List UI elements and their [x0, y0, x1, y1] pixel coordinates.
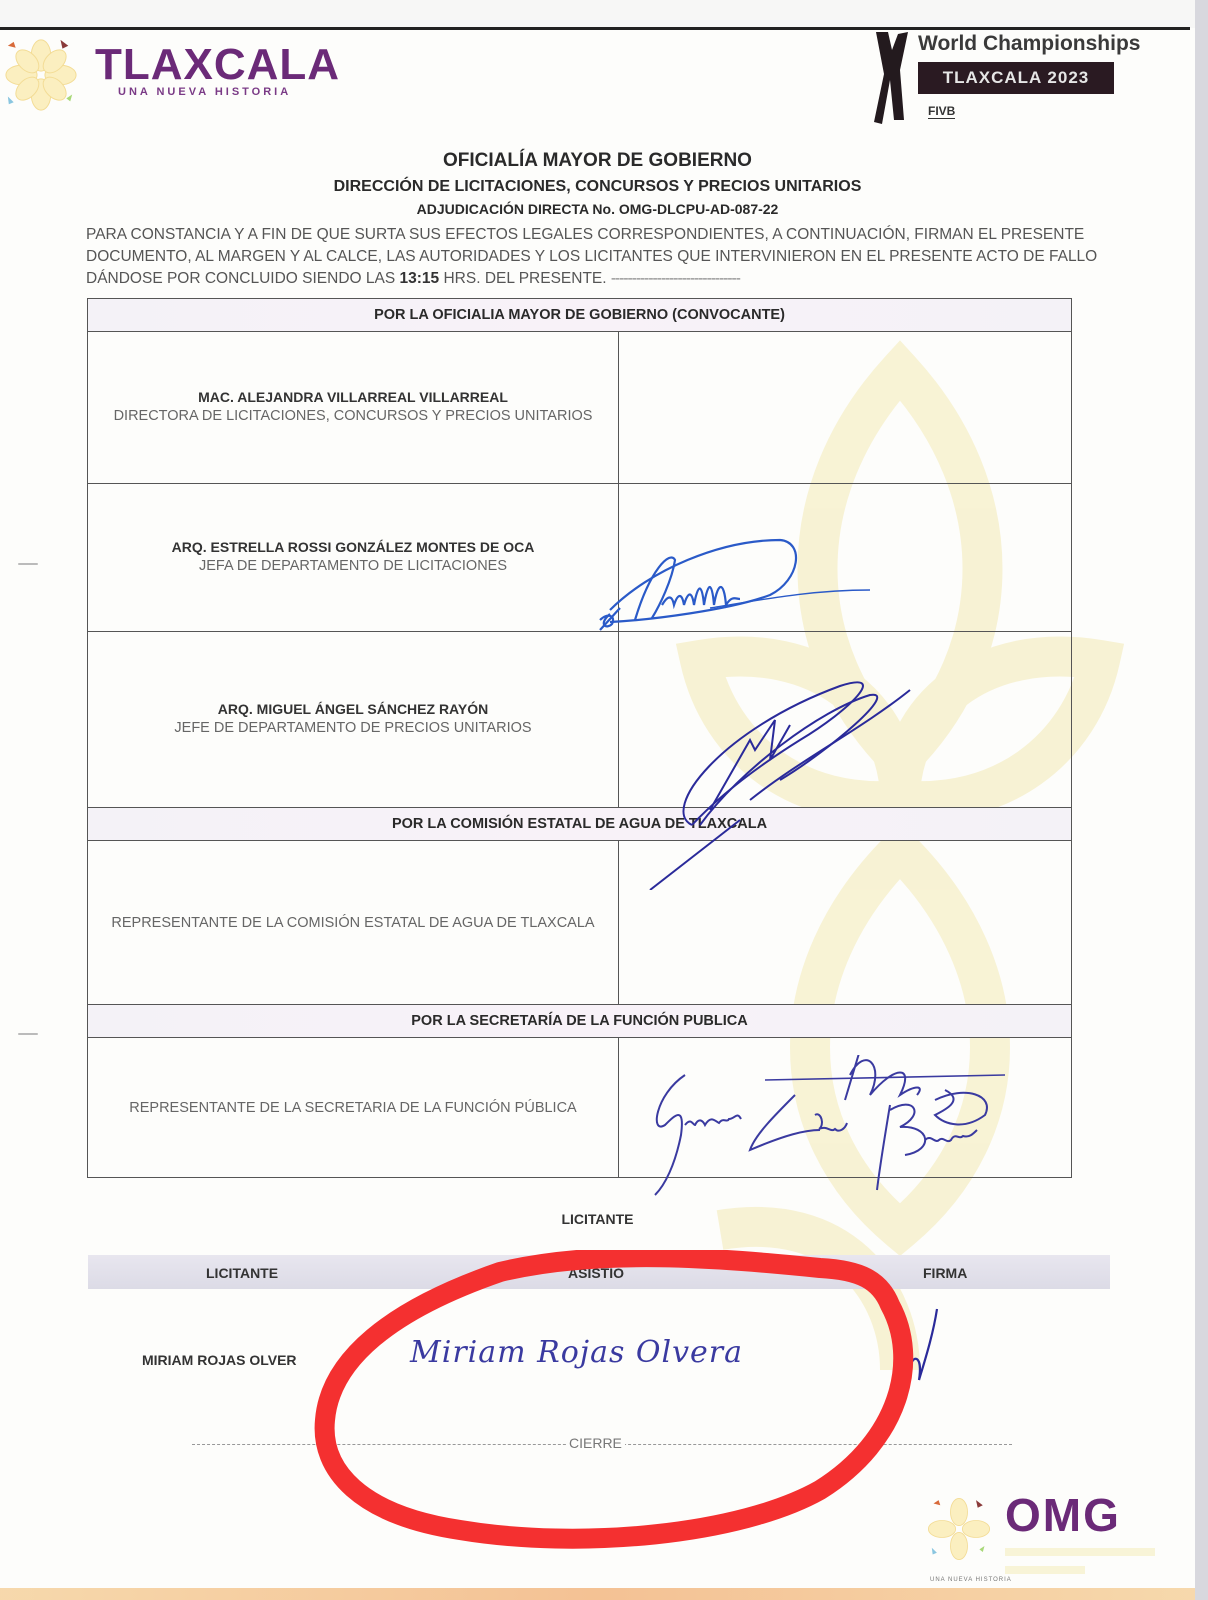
signer-name: ARQ. ESTRELLA ROSSI GONZÁLEZ MONTES DE O… [108, 539, 598, 555]
signer-info: ARQ. ESTRELLA ROSSI GONZÁLEZ MONTES DE O… [88, 484, 619, 632]
margin-mark [18, 563, 38, 565]
bottom-color-band [0, 1588, 1195, 1600]
column-header-asistio: ASISTIÓ [568, 1265, 624, 1281]
signature-box [619, 484, 1072, 632]
intro-text-end: HRS. DEL PRESENTE. [439, 270, 611, 287]
signer-role: JEFA DE DEPARTAMENTO DE LICITACIONES [108, 555, 598, 577]
volleyball-figure-icon [870, 30, 912, 125]
omg-logo-line [1005, 1548, 1155, 1556]
omg-logo-line [1005, 1566, 1085, 1574]
omg-logo-text: OMG [1005, 1488, 1121, 1542]
signatures-table: POR LA OFICIALIA MAYOR DE GOBIERNO (CONV… [87, 298, 1072, 1178]
flower-emblem-icon [2, 36, 80, 114]
intro-paragraph: PARA CONSTANCIA Y A FIN DE QUE SURTA SUS… [86, 224, 1126, 290]
signature-box [619, 1038, 1072, 1178]
signer-role: REPRESENTANTE DE LA SECRETARIA DE LA FUN… [108, 1097, 598, 1119]
heading-award-number: ADJUDICACIÓN DIRECTA No. OMG-DLCPU-AD-08… [0, 201, 1195, 217]
signer-role: JEFE DE DEPARTAMENTO DE PRECIOS UNITARIO… [108, 717, 598, 739]
section-header: POR LA OFICIALIA MAYOR DE GOBIERNO (CONV… [88, 299, 1072, 332]
bidder-table-header: LICITANTE ASISTIÓ FIRMA [88, 1255, 1110, 1289]
omg-flower-emblem-icon [925, 1495, 993, 1563]
section-header: POR LA SECRETARÍA DE LA FUNCIÓN PUBLICA [88, 1005, 1072, 1038]
intro-dots: ------------------------------- [611, 270, 740, 287]
signature-box [619, 841, 1072, 1005]
screen-edge-strip [1195, 0, 1208, 1600]
signer-name: ARQ. MIGUEL ÁNGEL SÁNCHEZ RAYÓN [108, 701, 598, 717]
bidder-section-title: LICITANTE [0, 1211, 1195, 1227]
heading-office: OFICIALÍA MAYOR DE GOBIERNO [0, 150, 1195, 172]
section-header: POR LA COMISIÓN ESTATAL DE AGUA DE TLAXC… [88, 808, 1072, 841]
signer-info: MAC. ALEJANDRA VILLARREAL VILLARREAL DIR… [88, 332, 619, 484]
signature-row: REPRESENTANTE DE LA COMISIÓN ESTATAL DE … [88, 841, 1072, 1005]
top-rule [0, 27, 1190, 30]
signature-box [619, 332, 1072, 484]
fivb-logo: FIVB [928, 104, 955, 119]
tlaxcala-logo-title: TLAXCALA [95, 40, 340, 90]
signature-row: ARQ. ESTRELLA ROSSI GONZÁLEZ MONTES DE O… [88, 484, 1072, 632]
signature-row: MAC. ALEJANDRA VILLARREAL VILLARREAL DIR… [88, 332, 1072, 484]
heading-directorate: DIRECCIÓN DE LICITACIONES, CONCURSOS Y P… [0, 178, 1195, 196]
signature-box [619, 632, 1072, 808]
bidder-name: MIRIAM ROJAS OLVER [142, 1352, 297, 1368]
intro-time: 13:15 [400, 270, 440, 287]
signer-role: REPRESENTANTE DE LA COMISIÓN ESTATAL DE … [108, 912, 598, 934]
column-header-firma: FIRMA [923, 1265, 967, 1281]
signer-info: REPRESENTANTE DE LA SECRETARIA DE LA FUN… [88, 1038, 619, 1178]
column-header-licitante: LICITANTE [206, 1265, 278, 1281]
bidder-attendance-handwritten: Miriam Rojas Olvera [410, 1335, 743, 1370]
omg-logo-subtitle: UNA NUEVA HISTORIA [930, 1577, 1012, 1583]
signer-role: DIRECTORA DE LICITACIONES, CONCURSOS Y P… [108, 405, 598, 427]
world-championships-title: World Championships [918, 32, 1140, 56]
closing-label: CIERRE [566, 1435, 625, 1451]
signer-info: ARQ. MIGUEL ÁNGEL SÁNCHEZ RAYÓN JEFE DE … [88, 632, 619, 808]
event-badge: TLAXCALA 2023 [918, 62, 1114, 94]
signature-row: REPRESENTANTE DE LA SECRETARIA DE LA FUN… [88, 1038, 1072, 1178]
margin-mark [18, 1033, 38, 1035]
signature-row: ARQ. MIGUEL ÁNGEL SÁNCHEZ RAYÓN JEFE DE … [88, 632, 1072, 808]
signer-name: MAC. ALEJANDRA VILLARREAL VILLARREAL [108, 389, 598, 405]
signer-info: REPRESENTANTE DE LA COMISIÓN ESTATAL DE … [88, 841, 619, 1005]
tlaxcala-logo-subtitle: UNA NUEVA HISTORIA [118, 86, 291, 98]
